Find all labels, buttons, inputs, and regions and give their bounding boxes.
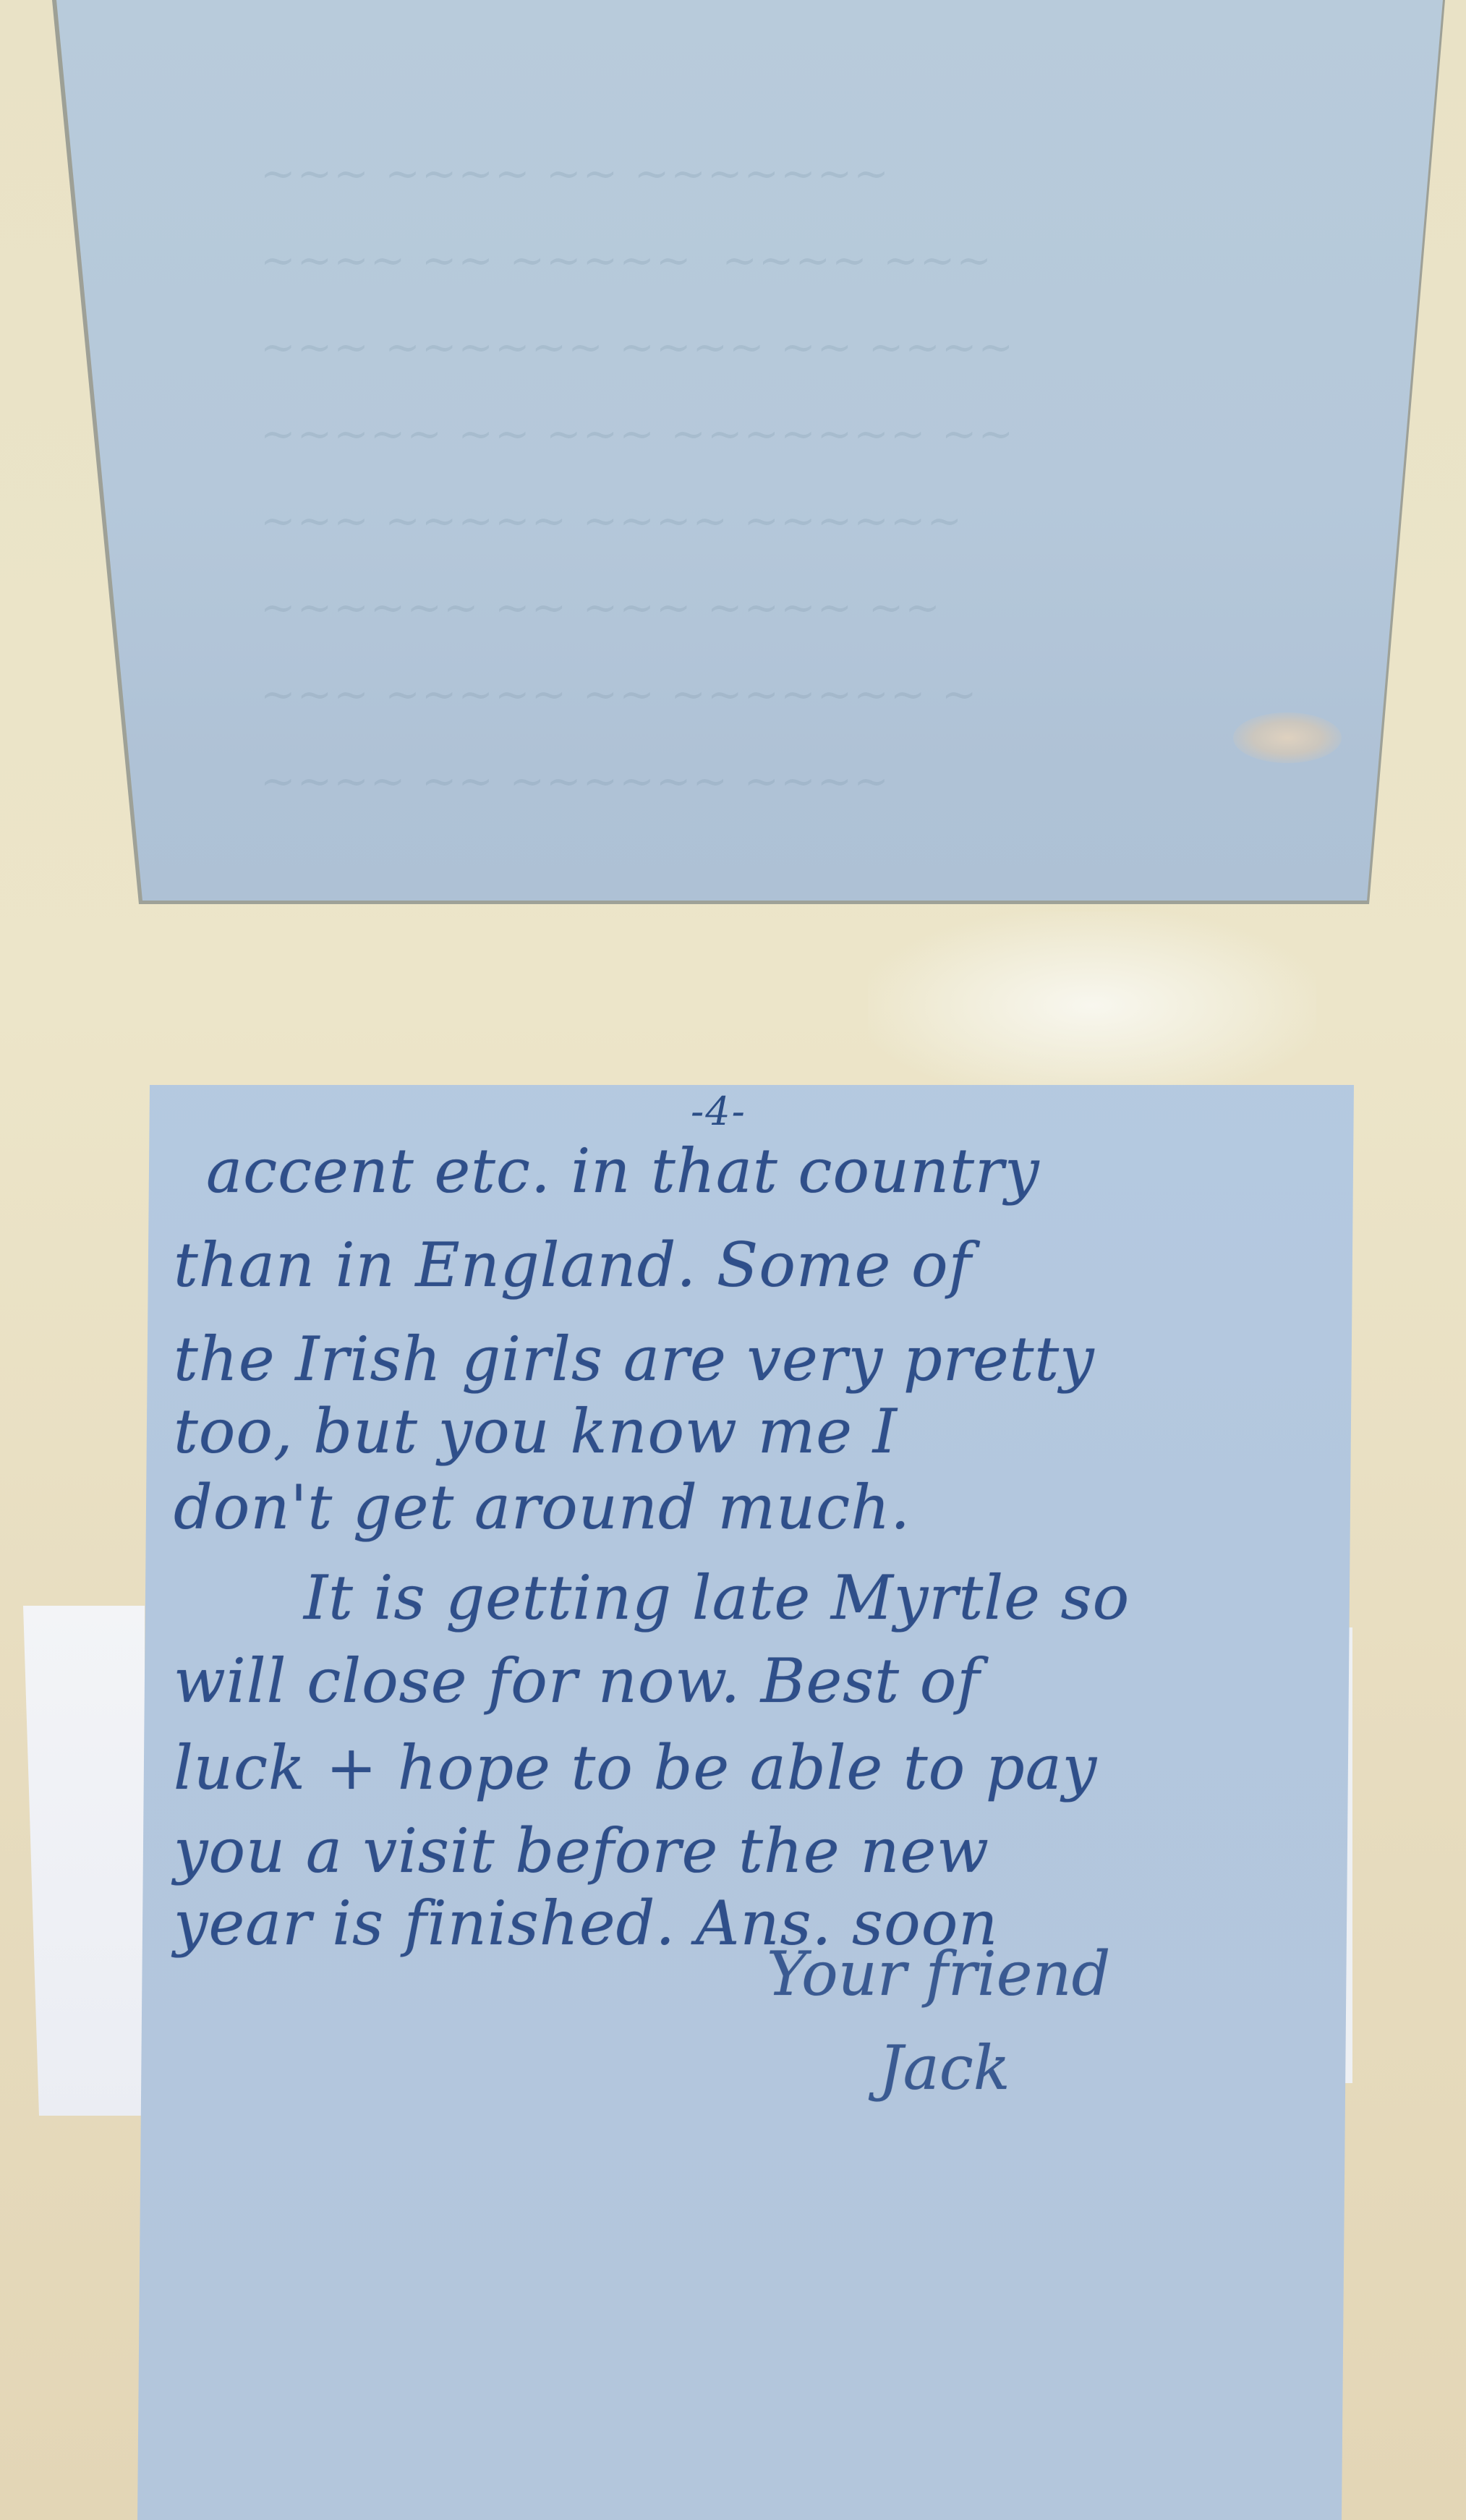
- top-letter-sheet: ~~~ ~~~~ ~~ ~~~~~~~ ~~~~ ~~ ~~~~~ ~~~~ ~…: [0, 0, 1466, 901]
- letter-line-3: the Irish girls are very pretty: [174, 1324, 1095, 1395]
- album-page-stain: [868, 911, 1316, 1099]
- letter-line-1: accent etc. in that country: [206, 1136, 1040, 1206]
- letter-line-7: will close for now. Best of: [174, 1646, 980, 1716]
- letter-line-8: luck + hope to be able to pay: [174, 1732, 1097, 1803]
- letter-line-2: than in England. Some of: [174, 1230, 972, 1301]
- show-through-text: ~~~ ~~~~ ~~ ~~~~~~~ ~~~~ ~~ ~~~~~ ~~~~ ~…: [260, 130, 1015, 825]
- signature: Jack: [879, 2032, 1010, 2103]
- paper-smudge: [1233, 712, 1342, 763]
- page-number: -4-: [691, 1089, 746, 1134]
- letter-line-4: too, but you know me I: [174, 1396, 898, 1467]
- letter-line-6: It is getting late Myrtle so: [304, 1562, 1130, 1633]
- letter-line-5: don't get around much.: [174, 1472, 911, 1543]
- letter-line-9: you a visit before the new: [174, 1815, 989, 1886]
- closing-salutation: Your friend: [767, 1938, 1110, 2009]
- envelope: [23, 1606, 145, 2116]
